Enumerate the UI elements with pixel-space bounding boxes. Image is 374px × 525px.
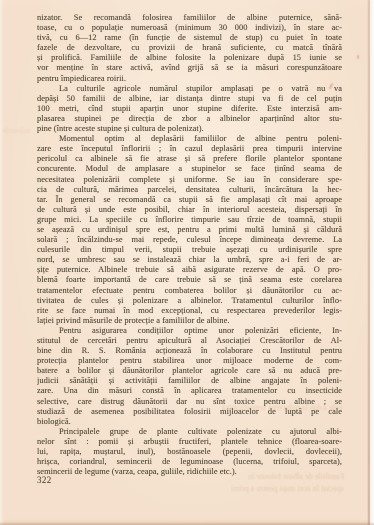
text-line: șițe puternice. Albinele trebuie să aibă… bbox=[37, 265, 342, 275]
text-line: Pentru asigurarea condițiilor optime uno… bbox=[37, 326, 342, 336]
scan-artifact bbox=[357, 55, 359, 59]
text-line: biologică. bbox=[37, 417, 342, 427]
text-line: stitutul de cercetări pentru apicultură … bbox=[37, 336, 342, 346]
text-line: pine (între aceste stupine și cultura de… bbox=[37, 124, 342, 134]
text-line: tar. În general se recomandă ca stupii s… bbox=[37, 195, 342, 205]
text-line: se așează cu urdinișul spre est, pentru … bbox=[37, 225, 342, 235]
text-line: pentru împiedicarea roirii. bbox=[37, 74, 342, 84]
text-line: fazele de dezvoltare, cu provizii de hra… bbox=[37, 43, 342, 53]
ink-bleedthrough-text: măsurile bbox=[2, 126, 30, 135]
text-line: blemă foarte importantă de care trebuie … bbox=[37, 275, 342, 285]
text-line: lației privind măsurile de protecție a f… bbox=[37, 316, 342, 326]
scanned-book-page: nizator. Se recomandă folosirea familiil… bbox=[0, 0, 374, 525]
text-line: Principalele grupe de plante cultivate p… bbox=[37, 427, 342, 437]
text-line: vor menține în stare activă, avînd grijă… bbox=[37, 63, 342, 73]
paragraph: Principalele grupe de plante cultivate p… bbox=[37, 427, 342, 477]
text-line: Momentul optim al deplasării familiilor … bbox=[37, 134, 342, 144]
text-line: bine din R. S. România acționează în col… bbox=[37, 346, 342, 356]
text-line: cia de cultură, mărimea parcelei, densit… bbox=[37, 185, 342, 195]
paragraph: La culturile agricole numărul stupilor a… bbox=[37, 84, 342, 134]
text-line: nelor sînt : pomii și arbuștii fructifer… bbox=[37, 437, 342, 447]
text-line: de cultură și unde este posibil, chiar î… bbox=[37, 205, 342, 215]
text-line: necesitatea polenizării complete și unif… bbox=[37, 175, 342, 185]
text-line: plasarea stupinei pe direcția de zbor a … bbox=[37, 114, 342, 124]
text-line: La culturile agricole numărul stupilor a… bbox=[37, 84, 342, 94]
text-line: hrișca, coriandrul, semincerii de legumi… bbox=[37, 457, 342, 467]
ink-bleedthrough-text: Familiile de albine folosite în bbox=[248, 472, 344, 481]
text-line: rite se face numai în mod excepțional, c… bbox=[37, 306, 342, 316]
text-line: grupe mici. La speciile cu înflorire tim… bbox=[37, 215, 342, 225]
text-line: tivitatea de cules și polenizare a albin… bbox=[37, 296, 342, 306]
page-number: 322 bbox=[37, 475, 52, 485]
text-line: concurente. Modul de amplasare a stupine… bbox=[37, 164, 342, 174]
text-line: culesurile din timpul verii, stupii treb… bbox=[37, 245, 342, 255]
text-line: judicii sănătății și activității familii… bbox=[37, 376, 342, 386]
text-line: nord, se umbresc sau se instalează chiar… bbox=[37, 255, 342, 265]
paragraph: Momentul optim al deplasării familiilor … bbox=[37, 134, 342, 326]
text-line: tratamentelor efectuate pentru combatere… bbox=[37, 286, 342, 296]
text-line: protecția plantelor pentru stabilirea un… bbox=[37, 356, 342, 366]
text-line: depăși 50 familii de albine, iar distanț… bbox=[37, 94, 342, 104]
text-line: nizator. Se recomandă folosirea familiil… bbox=[37, 13, 342, 23]
text-line: zare este începutul înfloririi ; în cazu… bbox=[37, 144, 342, 154]
text-line: lui, rapița, muștarul, inul), bostănoase… bbox=[37, 447, 342, 457]
text-line: pericolul ca albinele să fie atrase și s… bbox=[37, 154, 342, 164]
text-line: 100 metri, cînd stupii aparțin unor stup… bbox=[37, 104, 342, 114]
text-line: tivă, cu 6—12 rame (în funcție de sistem… bbox=[37, 33, 342, 43]
text-line: solară ; încălzindu-se mai repede, cules… bbox=[37, 235, 342, 245]
paragraph: nizator. Se recomandă folosirea familiil… bbox=[37, 13, 342, 84]
text-line: batere a bolilor și dăunătorilor plantel… bbox=[37, 366, 342, 376]
ink-bleedthrough-text: special în acei stupi pentru a primi bbox=[231, 484, 344, 493]
text-line: toase, cu o populație numeroasă (minimum… bbox=[37, 23, 342, 33]
text-line: și prolifică. Familiile de albine folosi… bbox=[37, 53, 342, 63]
scanner-edge-strip bbox=[370, 0, 374, 525]
ink-bleedthrough-text: cele a dus la reducerea semnificativă bbox=[222, 403, 342, 412]
text-line: zare. Una din măsuri constă în aplicarea… bbox=[37, 386, 342, 396]
